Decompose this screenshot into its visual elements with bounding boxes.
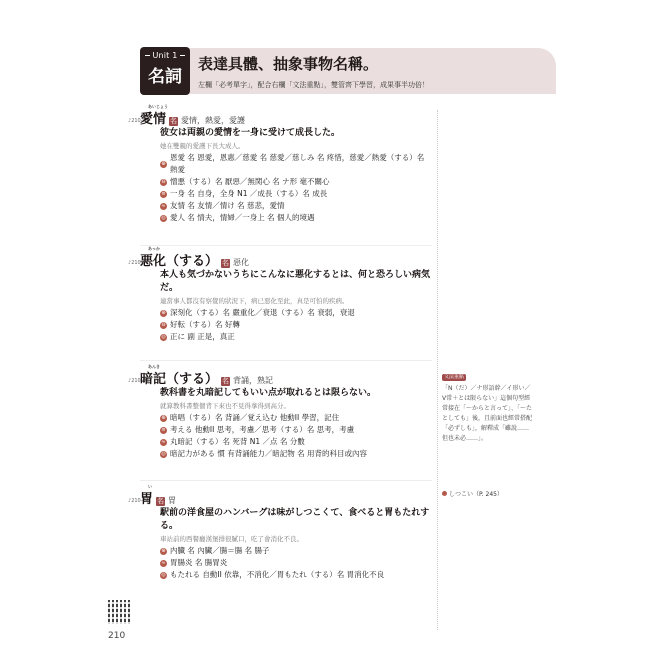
related-word: ≡一身 名 自身，全身 N1 ／成長（する）名 成長 <box>160 188 430 200</box>
meaning: 惡化 <box>233 257 249 268</box>
vocab-entry: ♪210-03 あんき暗記（する） 名 背誦，熟記 教科書を丸暗記してもいい点が… <box>140 368 430 460</box>
example-sentence: 駅前の洋食屋のハンバーグは味がしつこくて、食べると胃もたれする。 <box>160 507 430 533</box>
entry-divider <box>140 245 432 246</box>
column-divider <box>437 110 438 630</box>
relation-icon: ⊕ <box>160 415 167 422</box>
related-word: ◎正に 副 正是，真正 <box>160 331 430 343</box>
example-sentence: 本人も気づかないうちにこんなに悪化するとは、何と恐ろしい病気だ。 <box>160 269 430 295</box>
relation-icon: ≈ <box>160 203 167 210</box>
related-word: ⊕内臓 名 內臟／腸＝腸 名 腸子 <box>160 545 430 557</box>
unit-badge: Unit 1 名詞 <box>140 47 190 95</box>
example-sentence: 彼女は両親の愛情を一身に受けて成長した。 <box>160 127 430 140</box>
translation: 就算教科書整個背下來也不見得拿得到高分。 <box>160 400 430 412</box>
related-word: ⊕深刻化（する）名 嚴重化／衰退（する）名 衰弱，衰退 <box>160 307 430 319</box>
furigana: い <box>148 484 152 490</box>
page-number: 210 <box>108 631 125 641</box>
reference-icon <box>442 491 447 496</box>
vocab-entry: ♪210-01 あいじょう愛情 名 愛情，熱愛，愛護 彼女は両親の愛情を一身に受… <box>140 108 430 224</box>
pos-tag: 名 <box>221 259 230 268</box>
grammar-tag: 文法重點 <box>442 374 466 381</box>
related-word: ≡考える 他動II 思考，考慮／思考（する）名 思考，考慮 <box>160 424 430 436</box>
pos-tag: 名 <box>221 377 230 386</box>
meaning: 愛情，熱愛，愛護 <box>181 115 245 126</box>
related-word: ⊖好転（する）名 好轉 <box>160 319 430 331</box>
entry-divider <box>140 360 432 361</box>
related-word: ≈丸暗記（する）名 死背 N1 ／点 名 分數 <box>160 436 430 448</box>
relation-icon: ≈ <box>160 439 167 446</box>
relation-icon: ⊕ <box>160 310 167 317</box>
relation-icon: ◎ <box>160 572 167 579</box>
headword: あいじょう愛情 <box>140 108 166 127</box>
related-word: ≈友情 名 友情／情け 名 慈悲，愛情 <box>160 200 430 212</box>
translation: 車站前的西餐廳漢堡排很膩口，吃了會消化不良。 <box>160 533 430 545</box>
page-title: 表達具體、抽象事物名稱。 <box>198 53 378 74</box>
related-word: ◎愛人 名 情夫，情婦／一身上 名 個人的境遇 <box>160 212 430 224</box>
grammar-note: 「N（だ）／ナ形語幹／イ形い／V常＋とは限らない」這個句型經常接在「〜からと言っ… <box>442 384 534 444</box>
entry-divider <box>140 480 432 481</box>
vocab-entry: ♪210-02 あっか悪化（する） 名 惡化 本人も気づかないうちにこんなに悪化… <box>140 250 430 343</box>
cross-reference: しつこい（P. 245） <box>442 489 503 498</box>
furigana: あんき <box>148 364 160 370</box>
pos-tag: 名 <box>156 497 165 506</box>
relation-icon: ◎ <box>160 215 167 222</box>
relation-icon: ◎ <box>160 334 167 341</box>
furigana: あっか <box>148 246 160 252</box>
page-subtitle: 左欄「必考單字」，配合右欄「文法重點」，雙管齊下學習，成果事半功倍！ <box>198 80 429 90</box>
textbook-page: Unit 1 名詞 表達具體、抽象事物名稱。 左欄「必考單字」，配合右欄「文法重… <box>0 0 663 663</box>
furigana: あいじょう <box>148 104 168 110</box>
qr-code-icon[interactable] <box>108 600 132 624</box>
unit-name: 名詞 <box>140 62 190 87</box>
unit-label: Unit 1 <box>140 51 190 60</box>
meaning: 胃 <box>168 495 176 506</box>
translation: 她在雙親的愛護下長大成人。 <box>160 140 430 152</box>
related-word: ◎暗記力がある 慣 有背誦能力／暗記物 名 用背的科目或內容 <box>160 448 430 460</box>
relation-icon: ◎ <box>160 451 167 458</box>
headword: あんき暗記（する） <box>140 368 218 387</box>
relation-icon: ≡ <box>160 427 167 434</box>
vocab-entry: ♪210-04 い胃 名 胃 駅前の洋食屋のハンバーグは味がしつこくて、食べると… <box>140 488 430 581</box>
related-word: ⊕暗唱（する）名 背誦／覚え込む 他動II 學習，記住 <box>160 412 430 424</box>
pos-tag: 名 <box>169 117 178 126</box>
headword: あっか悪化（する） <box>140 250 218 269</box>
example-sentence: 教科書を丸暗記してもいい点が取れるとは限らない。 <box>160 387 430 400</box>
relation-icon: ≡ <box>160 191 167 198</box>
translation: 連當事人都沒有察覺的狀況下，病已惡化至此，真是可怕的疾病。 <box>160 295 430 307</box>
related-word: ⊖憎悪（する）名 厭惡／無関心 名 ナ形 毫不關心 <box>160 176 430 188</box>
relation-icon: ⊖ <box>160 179 167 186</box>
related-word: ⊕恩愛 名 恩愛，恩惠／慈愛 名 慈愛／慈しみ 名 疼惜，慈愛／熱愛（する）名 … <box>160 152 430 176</box>
relation-icon: ⊕ <box>160 161 167 168</box>
related-word: ≈胃腸炎 名 腸胃炎 <box>160 557 430 569</box>
related-word: ◎もたれる 自動II 依靠，不消化／胃もたれ（する）名 胃消化不良 <box>160 569 430 581</box>
relation-icon: ⊖ <box>160 322 167 329</box>
relation-icon: ≈ <box>160 560 167 567</box>
meaning: 背誦，熟記 <box>233 375 273 386</box>
relation-icon: ⊕ <box>160 548 167 555</box>
headword: い胃 <box>140 488 153 507</box>
